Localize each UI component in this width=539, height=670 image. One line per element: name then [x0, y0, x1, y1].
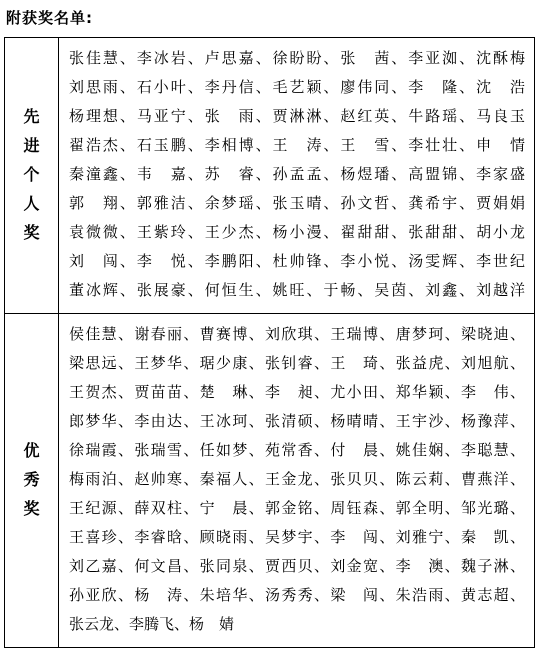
award-table-body: 先进个人奖张佳慧、李冰岩、卢思嘉、徐盼盼、张 茜、李亚洳、沈酥梅刘思雨、石小叶、…	[5, 38, 535, 648]
name-line: 董冰辉、张展豪、何恒生、姚旺、于畅、吴茵、刘鑫、刘越洋	[69, 277, 525, 306]
name-line: 郭 翔、郭雅洁、余梦瑶、张玉晴、孙文哲、龚希宇、贾娟娟	[69, 190, 525, 219]
label-char: 秀	[5, 466, 58, 495]
name-line: 张云龙、李腾飞、杨 婧	[69, 611, 525, 640]
label-char: 进	[5, 132, 58, 161]
name-line: 梁思远、王梦华、琚少康、张钊睿、王 琦、张益虎、刘旭航、	[69, 350, 525, 379]
name-line: 梅雨泊、赵帅寒、秦福人、王金龙、张贝贝、陈云莉、曹燕洋、	[69, 466, 525, 495]
label-char: 先	[5, 103, 58, 132]
name-line: 翟浩杰、石玉鹏、李相博、王 涛、王 雪、李壮壮、申 情	[69, 132, 525, 161]
table-row: 先进个人奖张佳慧、李冰岩、卢思嘉、徐盼盼、张 茜、李亚洳、沈酥梅刘思雨、石小叶、…	[5, 38, 535, 314]
name-line: 王喜珍、李睿晗、顾晓雨、吴梦宇、李 闯、刘雅宁、秦 凯、	[69, 524, 525, 553]
name-line: 刘 闯、李 悦、李鹏阳、杜帅锋、李小悦、汤雯辉、李世纪	[69, 248, 525, 277]
name-line: 袁微微、王紫玲、王少杰、杨小漫、翟甜甜、张甜甜、胡小龙	[69, 219, 525, 248]
document-page: 附获奖名单: 先进个人奖张佳慧、李冰岩、卢思嘉、徐盼盼、张 茜、李亚洳、沈酥梅刘…	[0, 0, 539, 670]
award-category-label: 先进个人奖	[5, 38, 59, 314]
name-line: 刘乙嘉、何文昌、张同泉、贾西贝、刘金宽、李 澳、魏子淋、	[69, 553, 525, 582]
name-line: 郎梦华、李由达、王冰珂、张清硕、杨晴晴、王宇沙、杨豫萍、	[69, 408, 525, 437]
label-char: 奖	[5, 219, 58, 248]
page-title: 附获奖名单:	[6, 8, 535, 28]
name-line: 杨理想、马亚宁、张 雨、贾淋淋、赵红英、牛路瑶、马良玉	[69, 103, 525, 132]
award-table: 先进个人奖张佳慧、李冰岩、卢思嘉、徐盼盼、张 茜、李亚洳、沈酥梅刘思雨、石小叶、…	[4, 37, 535, 648]
label-char: 奖	[5, 495, 58, 524]
name-line: 王纪源、薛双柱、宁 晨、郭金铭、周钰森、郭全明、邹光璐、	[69, 495, 525, 524]
name-line: 孙亚欣、杨 涛、朱培华、汤秀秀、梁 闯、朱浩雨、黄志超、	[69, 582, 525, 611]
award-category-label: 优秀奖	[5, 314, 59, 648]
name-line: 刘思雨、石小叶、李丹信、毛艺颖、廖伟同、李 隆、沈 浩	[69, 74, 525, 103]
label-char: 人	[5, 190, 58, 219]
name-line: 侯佳慧、谢春丽、曹赛博、刘欣琪、王瑞博、唐梦珂、梁晓迪、	[69, 321, 525, 350]
label-char: 优	[5, 437, 58, 466]
label-char: 个	[5, 161, 58, 190]
name-line: 张佳慧、李冰岩、卢思嘉、徐盼盼、张 茜、李亚洳、沈酥梅	[69, 45, 525, 74]
name-line: 秦潼鑫、韦 嘉、苏 睿、孙孟孟、杨煜璠、高盟锦、李家盛	[69, 161, 525, 190]
name-line: 徐瑞霞、张瑞雪、任如梦、苑常香、付 晨、姚佳娴、李聪慧、	[69, 437, 525, 466]
award-names-cell: 侯佳慧、谢春丽、曹赛博、刘欣琪、王瑞博、唐梦珂、梁晓迪、梁思远、王梦华、琚少康、…	[59, 314, 535, 648]
award-names-cell: 张佳慧、李冰岩、卢思嘉、徐盼盼、张 茜、李亚洳、沈酥梅刘思雨、石小叶、李丹信、毛…	[59, 38, 535, 314]
table-row: 优秀奖侯佳慧、谢春丽、曹赛博、刘欣琪、王瑞博、唐梦珂、梁晓迪、梁思远、王梦华、琚…	[5, 314, 535, 648]
name-line: 王贺杰、贾苗苗、楚 琳、李 昶、尤小田、郑华颖、李 伟、	[69, 379, 525, 408]
